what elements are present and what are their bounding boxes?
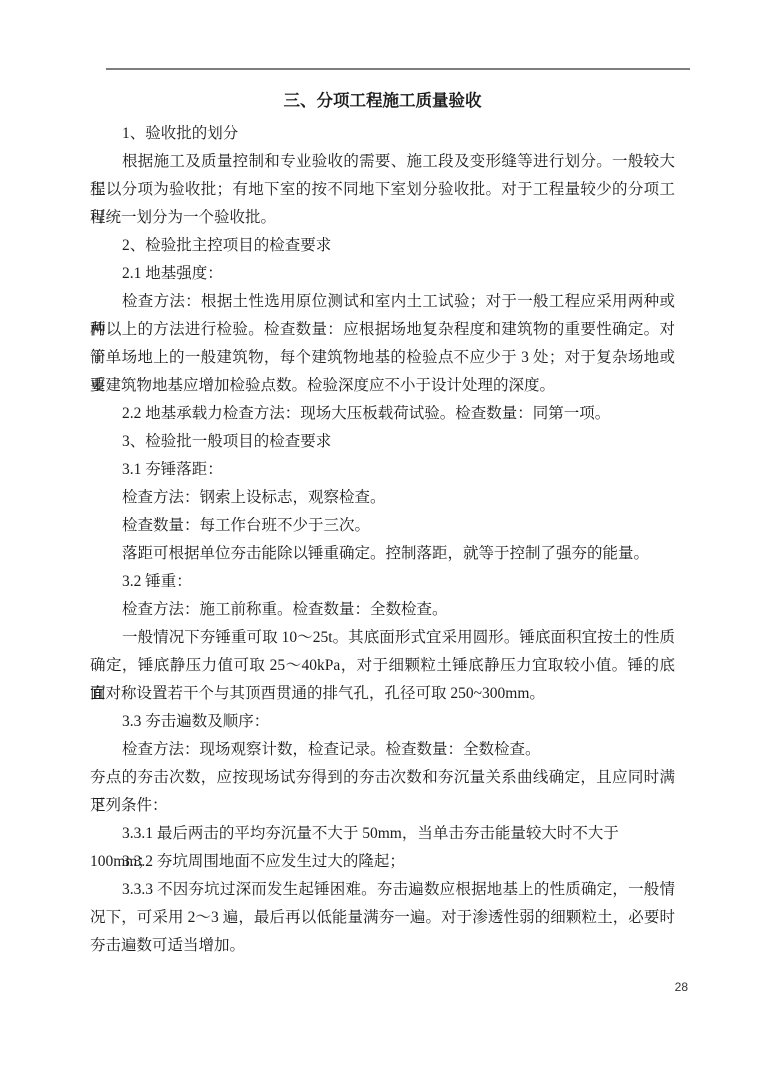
- text-line: 3.2 锤重：: [90, 568, 675, 596]
- text-line: 3.3 夯击遍数及顺序：: [90, 708, 675, 736]
- text-line: 检查方法：钢索上设标志，观察检查。: [90, 484, 675, 512]
- text-line: 宜对称设置若干个与其顶酉贯通的排气孔，孔径可取 250~300mm。: [90, 680, 675, 708]
- text-line: 3、检验批一般项目的检查要求: [90, 428, 675, 456]
- page-number: 28: [675, 980, 688, 994]
- text-line: 3.3.1 最后两击的平均夯沉量不大于 50mm，当单击夯击能量较大时不大于 1…: [90, 820, 675, 848]
- text-line: 一般情况下夯锤重可取 10～25t。其底面形式宜采用圆形。锤底面积宜按土的性质: [90, 624, 675, 652]
- document-title: 三、分项工程施工质量验收: [90, 87, 675, 115]
- document-page: 三、分项工程施工质量验收 1、验收批的划分根据施工及质量控制和专业验收的需要、施…: [0, 0, 760, 1075]
- text-line: 确定，锤底静压力值可取 25～40kPa，对于细颗粒土锤底静压力宜取较小值。锤的…: [90, 652, 675, 680]
- text-line: 3.3.2 夯坑周围地面不应发生过大的隆起；: [90, 848, 675, 876]
- text-line: 2.2 地基承载力检查方法：现场大压板载荷试验。检查数量：同第一项。: [90, 400, 675, 428]
- text-line: 况下，可采用 2～3 遍，最后再以低能量满夯一遍。对于渗透性弱的细颗粒土，必要时: [90, 904, 675, 932]
- text-line: 根据施工及质量控制和专业验收的需要、施工段及变形缝等进行划分。一般较大工: [90, 148, 675, 176]
- text-line: 1、验收批的划分: [90, 120, 675, 148]
- text-line: 夯击遍数可适当增加。: [90, 932, 675, 960]
- text-line: 简单场地上的一般建筑物，每个建筑物地基的检验点不应少于 3 处；对于复杂场地或重: [90, 344, 675, 372]
- text-line: 种以上的方法进行检验。检查数量：应根据场地复杂程度和建筑物的重要性确定。对于: [90, 316, 675, 344]
- text-line: 下列条件：: [90, 792, 675, 820]
- text-line: 3.3.3 不因夯坑过深而发生起锤困难。夯击遍数应根据地基上的性质确定，一般情: [90, 876, 675, 904]
- text-line: 程以分项为验收批；有地下室的按不同地下室划分验收批。对于工程量较少的分项工程: [90, 176, 675, 204]
- text-line: 2、检验批主控项目的检查要求: [90, 232, 675, 260]
- body-text: 1、验收批的划分根据施工及质量控制和专业验收的需要、施工段及变形缝等进行划分。一…: [90, 120, 675, 960]
- page-content: 三、分项工程施工质量验收 1、验收批的划分根据施工及质量控制和专业验收的需要、施…: [90, 87, 675, 960]
- text-line: 检查方法：施工前称重。检查数量：全数检查。: [90, 596, 675, 624]
- text-line: 要建筑物地基应增加检验点数。检验深度应不小于设计处理的深度。: [90, 372, 675, 400]
- text-line: 夯点的夯击次数，应按现场试夯得到的夯击次数和夯沉量关系曲线确定，且应同时满足: [90, 764, 675, 792]
- text-line: 3.1 夯锤落距：: [90, 456, 675, 484]
- text-line: 检查数量：每工作台班不少于三次。: [90, 512, 675, 540]
- header-rule: [106, 68, 690, 70]
- text-line: 检查方法：根据土性选用原位测试和室内土工试验；对于一般工程应采用两种或两: [90, 288, 675, 316]
- text-line: 2.1 地基强度：: [90, 260, 675, 288]
- text-line: 可统一划分为一个验收批。: [90, 204, 675, 232]
- text-line: 落距可根据单位夯击能除以锤重确定。控制落距，就等于控制了强夯的能量。: [90, 540, 675, 568]
- text-line: 检查方法：现场观察计数，检查记录。检查数量：全数检查。: [90, 736, 675, 764]
